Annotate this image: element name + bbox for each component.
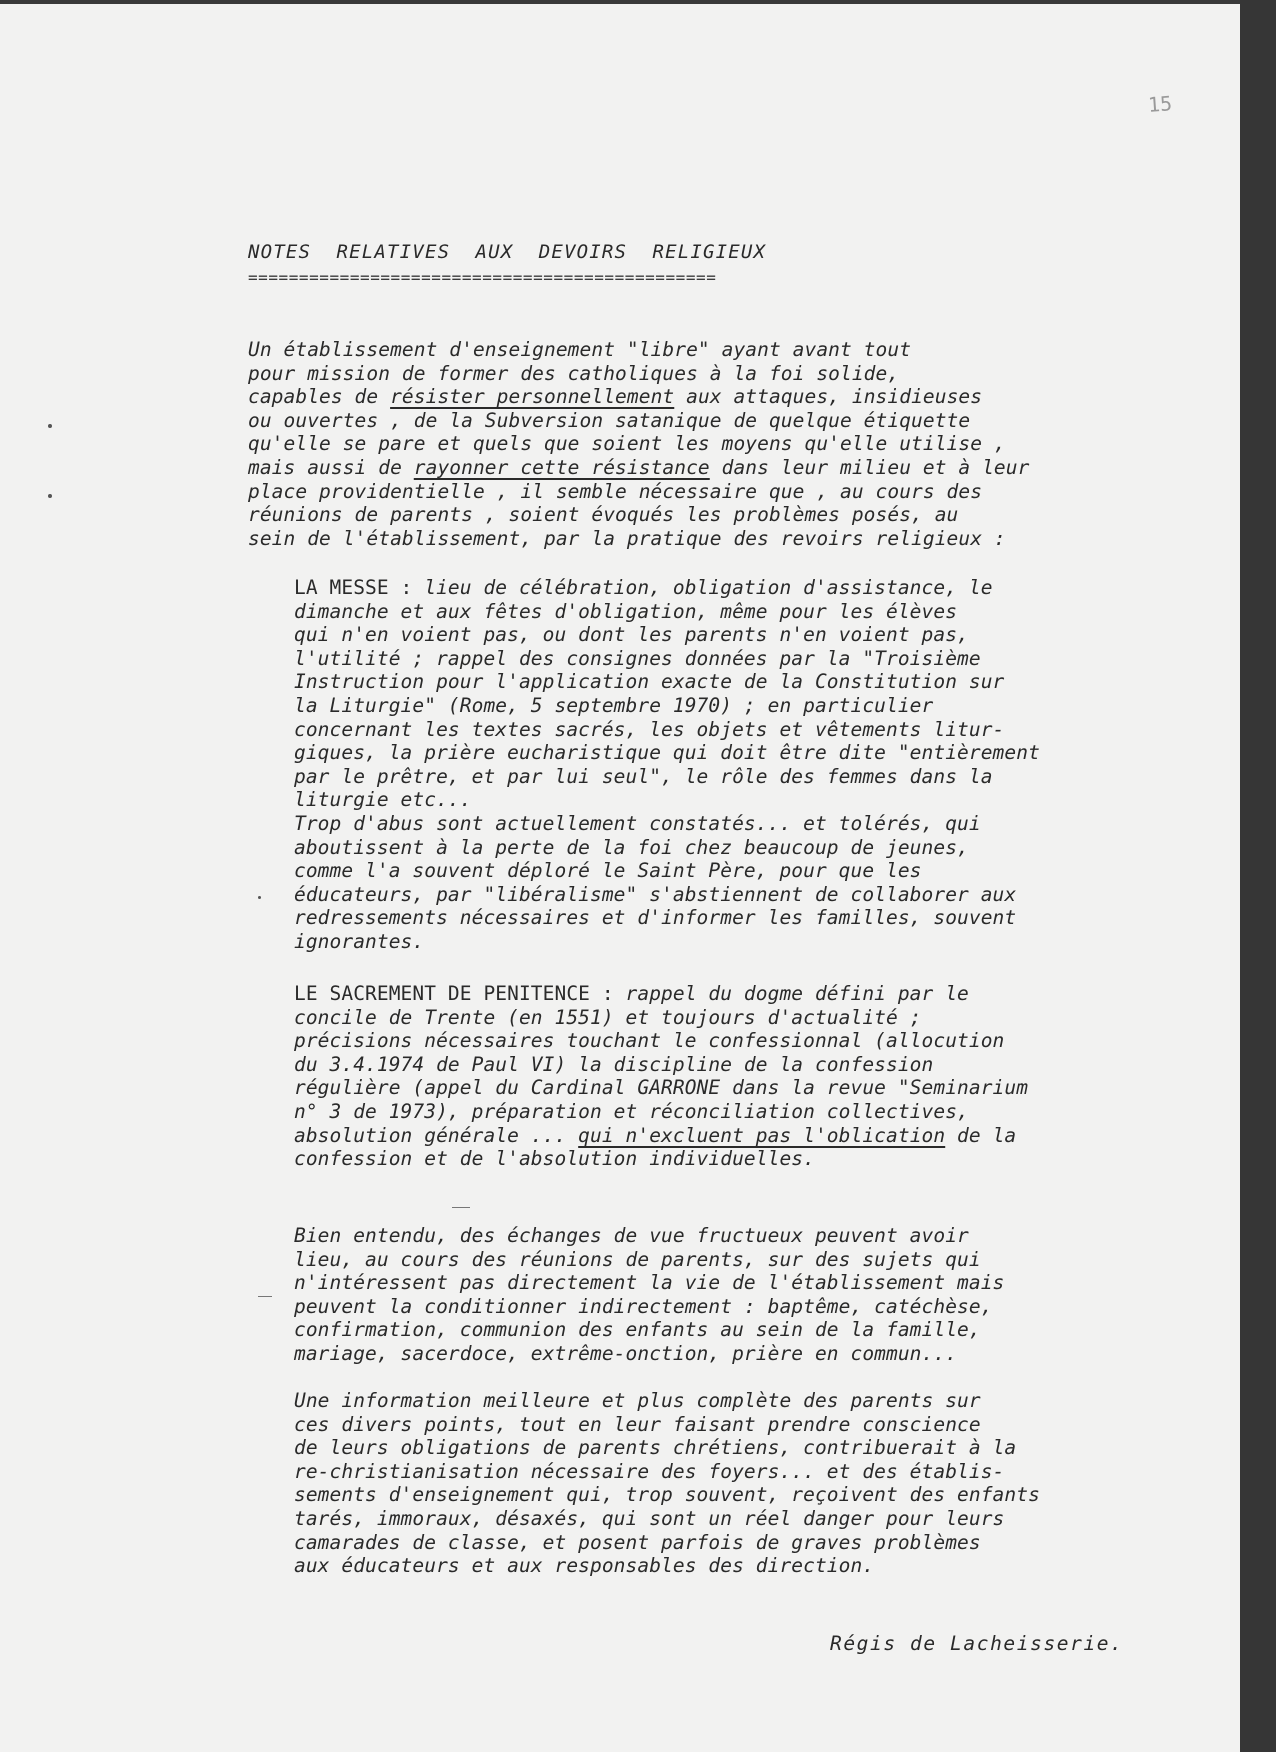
line-text: Bien entendu, des échanges de vue fructu… — [294, 1224, 969, 1247]
line-text: de leurs obligations de parents chrétien… — [294, 1436, 1016, 1459]
line-text: Trop d'abus sont actuellement constatés.… — [294, 812, 981, 835]
line-text: précisions nécessaires touchant le confe… — [294, 1029, 1004, 1052]
line-text: absolution générale ... — [294, 1124, 578, 1147]
text-line: n° 3 de 1973), préparation et réconcilia… — [294, 1100, 969, 1124]
line-text: camarades de classe, et posent parfois d… — [294, 1531, 981, 1554]
text-line: concile de Trente (en 1551) et toujours … — [294, 1006, 922, 1030]
line-text: Un établissement d'enseignement "libre" … — [248, 338, 911, 361]
line-text: aux attaques, insidieuses — [674, 385, 982, 408]
line-text: Instruction pour l'application exacte de… — [294, 670, 1004, 693]
line-text: concernant les textes sacrés, les objets… — [294, 718, 1004, 741]
text-line: capables de résister personnellement aux… — [248, 385, 982, 409]
title-underline-rule: ========================================… — [248, 266, 716, 290]
text-line: camarades de classe, et posent parfois d… — [294, 1531, 981, 1555]
text-line: mariage, sacerdoce, extrême-onction, pri… — [294, 1342, 957, 1366]
text-line: ignorantes. — [294, 930, 424, 954]
line-text: concile de Trente (en 1551) et toujours … — [294, 1006, 922, 1029]
text-line: pour mission de former des catholiques à… — [248, 362, 899, 386]
text-line: concernant les textes sacrés, les objets… — [294, 718, 1004, 742]
text-line: lieu, au cours des réunions de parents, … — [294, 1248, 981, 1272]
line-text: lieu de célébration, obligation d'assist… — [412, 576, 992, 599]
margin-mark — [48, 494, 52, 498]
line-text: tarés, immoraux, désaxés, qui sont un ré… — [294, 1507, 1004, 1530]
text-line: éducateurs, par "libéralisme" s'abstienn… — [294, 883, 1016, 907]
text-line: aboutissent à la perte de la foi chez be… — [294, 836, 969, 860]
text-line: précisions nécessaires touchant le confe… — [294, 1029, 1004, 1053]
text-line: réunions de parents , soient évoqués les… — [248, 503, 958, 527]
underlined-emphasis: résister personnellement — [390, 385, 674, 408]
page-title: NOTES RELATIVES AUX DEVOIRS RELIGIEUX — [248, 240, 766, 264]
text-line: absolution générale ... qui n'excluent p… — [294, 1124, 1016, 1148]
line-text: re-christianisation nécessaire des foyer… — [294, 1460, 1004, 1483]
line-text: dans leur milieu et à leur — [710, 456, 1030, 479]
line-text: éducateurs, par "libéralisme" s'abstienn… — [294, 883, 1016, 906]
scan-right-edge — [1240, 0, 1276, 1752]
line-text: pour mission de former des catholiques à… — [248, 362, 899, 385]
line-text: rappel du dogme défini par le — [614, 982, 969, 1005]
text-line: LE SACREMENT DE PENITENCE : rappel du do… — [294, 982, 969, 1006]
text-line: dimanche et aux fêtes d'obligation, même… — [294, 600, 957, 624]
text-line: qui n'en voient pas, ou dont les parents… — [294, 623, 969, 647]
text-line: sein de l'établissement, par la pratique… — [248, 527, 1006, 551]
line-text: sein de l'établissement, par la pratique… — [248, 527, 1006, 550]
line-text: aboutissent à la perte de la foi chez be… — [294, 836, 969, 859]
line-text: redressements nécessaires et d'informer … — [294, 906, 1016, 929]
text-line: re-christianisation nécessaire des foyer… — [294, 1460, 1004, 1484]
line-text: ou ouvertes , de la Subversion satanique… — [248, 409, 970, 432]
text-line: qu'elle se pare et quels que soient les … — [248, 432, 1006, 456]
line-text: confession et de l'absolution individuel… — [294, 1147, 815, 1170]
line-text: comme l'a souvent déploré le Saint Père,… — [294, 859, 922, 882]
text-line: ces divers points, tout en leur faisant … — [294, 1413, 981, 1437]
text-line: comme l'a souvent déploré le Saint Père,… — [294, 859, 922, 883]
line-text: ignorantes. — [294, 930, 424, 953]
text-line: confession et de l'absolution individuel… — [294, 1147, 815, 1171]
line-text: qu'elle se pare et quels que soient les … — [248, 432, 1006, 455]
text-line: par le prêtre, et par lui seul", le rôle… — [294, 765, 993, 789]
line-text: ces divers points, tout en leur faisant … — [294, 1413, 981, 1436]
text-line: mais aussi de rayonner cette résistance … — [248, 456, 1029, 480]
text-line: giques, la prière eucharistique qui doit… — [294, 741, 1040, 765]
text-line: sements d'enseignement qui, trop souvent… — [294, 1483, 1040, 1507]
text-line: Instruction pour l'application exacte de… — [294, 670, 1004, 694]
line-text: n'intéressent pas directement la vie de … — [294, 1271, 1004, 1294]
stray-mark — [452, 1207, 470, 1208]
text-line: confirmation, communion des enfants au s… — [294, 1318, 981, 1342]
underlined-emphasis: qui n'excluent pas l'oblication — [578, 1124, 945, 1147]
text-line: Un établissement d'enseignement "libre" … — [248, 338, 911, 362]
page-number: 15 — [1147, 91, 1173, 117]
section-heading: LE SACREMENT DE PENITENCE : — [294, 982, 614, 1005]
line-text: réunions de parents , soient évoqués les… — [248, 503, 958, 526]
text-line: ou ouvertes , de la Subversion satanique… — [248, 409, 970, 433]
line-text: par le prêtre, et par lui seul", le rôle… — [294, 765, 993, 788]
text-line: peuvent la conditionner indirectement : … — [294, 1295, 993, 1319]
line-text: aux éducateurs et aux responsables des d… — [294, 1554, 874, 1577]
text-line: du 3.4.1974 de Paul VI) la discipline de… — [294, 1053, 933, 1077]
text-line: la Liturgie" (Rome, 5 septembre 1970) ; … — [294, 694, 933, 718]
line-text: peuvent la conditionner indirectement : … — [294, 1295, 993, 1318]
line-text: liturgie etc... — [294, 788, 472, 811]
line-text: dimanche et aux fêtes d'obligation, même… — [294, 600, 957, 623]
text-line: redressements nécessaires et d'informer … — [294, 906, 1016, 930]
line-text: la Liturgie" (Rome, 5 septembre 1970) ; … — [294, 694, 933, 717]
text-line: liturgie etc... — [294, 788, 472, 812]
line-text: giques, la prière eucharistique qui doit… — [294, 741, 1040, 764]
section-heading: LA MESSE : — [294, 576, 412, 599]
line-text: régulière (appel du Cardinal GARRONE dan… — [294, 1076, 1028, 1099]
text-line: l'utilité ; rappel des consignes données… — [294, 647, 981, 671]
line-text: lieu, au cours des réunions de parents, … — [294, 1248, 981, 1271]
text-line: régulière (appel du Cardinal GARRONE dan… — [294, 1076, 1028, 1100]
text-line: aux éducateurs et aux responsables des d… — [294, 1554, 874, 1578]
text-line: tarés, immoraux, désaxés, qui sont un ré… — [294, 1507, 1004, 1531]
line-text: l'utilité ; rappel des consignes données… — [294, 647, 981, 670]
line-text: mais aussi de — [248, 456, 414, 479]
line-text: confirmation, communion des enfants au s… — [294, 1318, 981, 1341]
text-line: Bien entendu, des échanges de vue fructu… — [294, 1224, 969, 1248]
signature: Régis de Lacheisserie. — [830, 1632, 1123, 1656]
line-text: sements d'enseignement qui, trop souvent… — [294, 1483, 1040, 1506]
line-text: qui n'en voient pas, ou dont les parents… — [294, 623, 969, 646]
text-line: de leurs obligations de parents chrétien… — [294, 1436, 1016, 1460]
text-line: Une information meilleure et plus complè… — [294, 1389, 981, 1413]
line-text: Une information meilleure et plus complè… — [294, 1389, 981, 1412]
line-text: de la — [945, 1124, 1016, 1147]
line-text: mariage, sacerdoce, extrême-onction, pri… — [294, 1342, 957, 1365]
underlined-emphasis: rayonner cette résistance — [414, 456, 710, 479]
text-line: n'intéressent pas directement la vie de … — [294, 1271, 1004, 1295]
line-text: place providentielle , il semble nécessa… — [248, 480, 982, 503]
line-text: n° 3 de 1973), préparation et réconcilia… — [294, 1100, 969, 1123]
text-line: Trop d'abus sont actuellement constatés.… — [294, 812, 981, 836]
margin-mark — [48, 424, 52, 428]
text-line: place providentielle , il semble nécessa… — [248, 480, 982, 504]
text-line: LA MESSE : lieu de célébration, obligati… — [294, 576, 993, 600]
line-text: du 3.4.1974 de Paul VI) la discipline de… — [294, 1053, 933, 1076]
line-text: capables de — [248, 385, 390, 408]
stray-mark — [258, 1296, 272, 1297]
margin-mark — [258, 896, 261, 899]
